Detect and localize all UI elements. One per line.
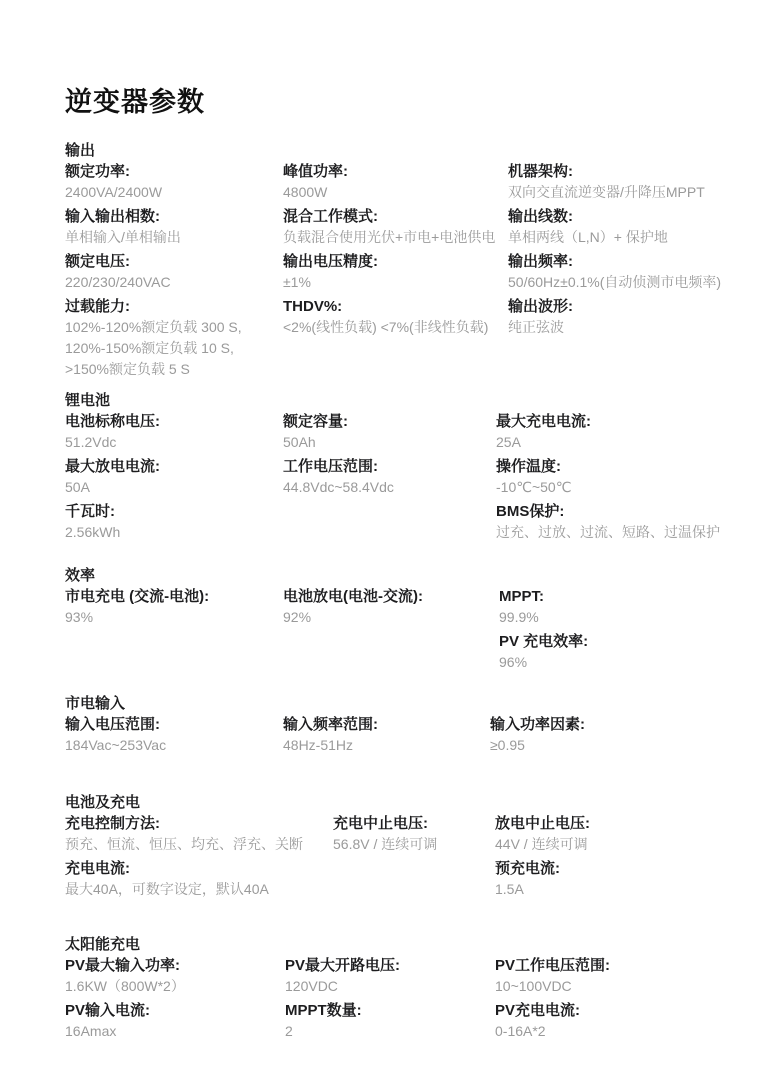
- spec-row: 额定电压:220/230/240VAC输出电压精度:±1%输出频率:50/60H…: [65, 251, 729, 293]
- spec-item: 操作温度:-10℃~50℃: [496, 456, 729, 498]
- spec-item: 预充电流:1.5A: [495, 858, 729, 900]
- spec-value: 120VDC: [285, 976, 495, 997]
- spec-label: 输入频率范围:: [283, 714, 490, 735]
- spec-item: MPPT数量:2: [285, 1000, 495, 1042]
- spec-value: 50Ah: [283, 432, 496, 453]
- spec-row: 市电充电 (交流-电池):93%电池放电(电池-交流):92%MPPT:99.9…: [65, 586, 729, 628]
- spec-item: PV充电电流:0-16A*2: [495, 1000, 729, 1042]
- spec-label: 输入电压范围:: [65, 714, 283, 735]
- section-efficiency: 效率市电充电 (交流-电池):93%电池放电(电池-交流):92%MPPT:99…: [65, 565, 729, 673]
- spec-item: 输入功率因素:≥0.95: [490, 714, 729, 756]
- section-title: 市电输入: [65, 693, 729, 714]
- spec-row: 输入电压范围:184Vac~253Vac输入频率范围:48Hz-51Hz输入功率…: [65, 714, 729, 756]
- spec-label: 输入功率因素:: [490, 714, 729, 735]
- spec-item: 额定容量:50Ah: [283, 411, 496, 453]
- spec-value: 50/60Hz±0.1%(自动侦测市电频率): [508, 272, 729, 293]
- spec-value: 最大40A，可数字设定，默认40A: [65, 879, 333, 900]
- spec-item: 千瓦时:2.56kWh: [65, 501, 283, 543]
- spec-value: 44V / 连续可调: [495, 834, 729, 855]
- spec-label: 峰值功率:: [283, 161, 508, 182]
- spec-item: PV 充电效率:96%: [499, 631, 729, 673]
- spec-item: 电池放电(电池-交流):92%: [283, 586, 499, 628]
- spec-item: 输入频率范围:48Hz-51Hz: [283, 714, 490, 756]
- spec-item: PV输入电流:16Amax: [65, 1000, 285, 1042]
- spec-label: 操作温度:: [496, 456, 729, 477]
- spec-value: 0-16A*2: [495, 1021, 729, 1042]
- spec-label: MPPT:: [499, 586, 729, 607]
- spec-value: 16Amax: [65, 1021, 285, 1042]
- spec-item: 输出电压精度:±1%: [283, 251, 508, 293]
- spec-label: 最大放电电流:: [65, 456, 283, 477]
- spec-value: 2400VA/2400W: [65, 182, 283, 203]
- spec-row: PV 充电效率:96%: [65, 631, 729, 673]
- spec-value: 25A: [496, 432, 729, 453]
- section-title: 电池及充电: [65, 792, 729, 813]
- spec-item: THDV%:<2%(线性负载) <7%(非线性负载): [283, 296, 508, 338]
- section-title: 效率: [65, 565, 729, 586]
- spec-item: 电池标称电压:51.2Vdc: [65, 411, 283, 453]
- section-title: 锂电池: [65, 390, 729, 411]
- spec-label: MPPT数量:: [285, 1000, 495, 1021]
- spec-value: 92%: [283, 607, 499, 628]
- spec-row: 过载能力:102%-120%额定负载 300 S, 120%-150%额定负载 …: [65, 296, 729, 380]
- spec-label: 额定电压:: [65, 251, 283, 272]
- spec-value: 102%-120%额定负载 300 S, 120%-150%额定负载 10 S,…: [65, 317, 283, 380]
- spec-label: THDV%:: [283, 296, 508, 317]
- spec-label: 电池标称电压:: [65, 411, 283, 432]
- spec-sheet-page: 逆变器参数 输出额定功率:2400VA/2400W峰值功率:4800W机器架构:…: [0, 0, 769, 1080]
- spec-label: PV充电电流:: [495, 1000, 729, 1021]
- spec-row: 充电控制方法:预充、恒流、恒压、均充、浮充、关断充电中止电压:56.8V / 连…: [65, 813, 729, 855]
- spec-sections: 输出额定功率:2400VA/2400W峰值功率:4800W机器架构:双向交直流逆…: [65, 140, 729, 1042]
- spec-row: 充电电流:最大40A，可数字设定，默认40A预充电流:1.5A: [65, 858, 729, 900]
- section-lithium-battery: 锂电池电池标称电压:51.2Vdc额定容量:50Ah最大充电电流:25A最大放电…: [65, 390, 729, 543]
- spec-item: 放电中止电压:44V / 连续可调: [495, 813, 729, 855]
- spec-item: 最大充电电流:25A: [496, 411, 729, 453]
- spec-label: PV最大开路电压:: [285, 955, 495, 976]
- section-grid-input: 市电输入输入电压范围:184Vac~253Vac输入频率范围:48Hz-51Hz…: [65, 693, 729, 756]
- section-output: 输出额定功率:2400VA/2400W峰值功率:4800W机器架构:双向交直流逆…: [65, 140, 729, 380]
- spec-item: 额定功率:2400VA/2400W: [65, 161, 283, 203]
- spec-value: ±1%: [283, 272, 508, 293]
- spec-item: MPPT:99.9%: [499, 586, 729, 628]
- spec-row: PV最大输入功率:1.6KW（800W*2）PV最大开路电压:120VDCPV工…: [65, 955, 729, 997]
- spec-item: 额定电压:220/230/240VAC: [65, 251, 283, 293]
- spec-item: 充电电流:最大40A，可数字设定，默认40A: [65, 858, 333, 900]
- spec-item: 输出频率:50/60Hz±0.1%(自动侦测市电频率): [508, 251, 729, 293]
- spec-value: -10℃~50℃: [496, 477, 729, 498]
- spec-item: PV最大开路电压:120VDC: [285, 955, 495, 997]
- spec-label: 额定功率:: [65, 161, 283, 182]
- spec-value: 单相两线（L,N）+ 保护地: [508, 227, 729, 248]
- spec-label: 千瓦时:: [65, 501, 283, 522]
- spec-value: 负载混合使用光伏+市电+电池供电: [283, 227, 508, 248]
- spec-value: 93%: [65, 607, 283, 628]
- spec-value: 1.5A: [495, 879, 729, 900]
- spec-label: 额定容量:: [283, 411, 496, 432]
- spec-item: 充电中止电压:56.8V / 连续可调: [333, 813, 495, 855]
- spec-label: 最大充电电流:: [496, 411, 729, 432]
- spec-label: 输入输出相数:: [65, 206, 283, 227]
- spec-label: 市电充电 (交流-电池):: [65, 586, 283, 607]
- spec-item: 输入输出相数:单相输入/单相输出: [65, 206, 283, 248]
- spec-value: 双向交直流逆变器/升降压MPPT: [508, 182, 729, 203]
- spec-value: 51.2Vdc: [65, 432, 283, 453]
- spec-row: 千瓦时:2.56kWhBMS保护:过充、过放、过流、短路、过温保护: [65, 501, 729, 543]
- spec-label: 充电中止电压:: [333, 813, 495, 834]
- spec-value: <2%(线性负载) <7%(非线性负载): [283, 317, 508, 338]
- spec-label: 电池放电(电池-交流):: [283, 586, 499, 607]
- spec-value: 44.8Vdc~58.4Vdc: [283, 477, 496, 498]
- spec-value: 10~100VDC: [495, 976, 729, 997]
- spec-value: 220/230/240VAC: [65, 272, 283, 293]
- spec-label: PV工作电压范围:: [495, 955, 729, 976]
- spec-value: 48Hz-51Hz: [283, 735, 490, 756]
- spec-value: 184Vac~253Vac: [65, 735, 283, 756]
- spec-label: 输出频率:: [508, 251, 729, 272]
- spec-value: ≥0.95: [490, 735, 729, 756]
- spec-item: PV最大输入功率:1.6KW（800W*2）: [65, 955, 285, 997]
- spec-value: 纯正弦波: [508, 317, 729, 338]
- page-title: 逆变器参数: [65, 85, 729, 119]
- spec-label: 输出电压精度:: [283, 251, 508, 272]
- spec-value: 过充、过放、过流、短路、过温保护: [496, 522, 729, 543]
- spec-label: PV 充电效率:: [499, 631, 729, 652]
- spec-item: 输入电压范围:184Vac~253Vac: [65, 714, 283, 756]
- spec-item: 过载能力:102%-120%额定负载 300 S, 120%-150%额定负载 …: [65, 296, 283, 380]
- section-title: 输出: [65, 140, 729, 161]
- spec-item: BMS保护:过充、过放、过流、短路、过温保护: [496, 501, 729, 543]
- spec-label: 输出线数:: [508, 206, 729, 227]
- spec-row: 输入输出相数:单相输入/单相输出混合工作模式:负载混合使用光伏+市电+电池供电输…: [65, 206, 729, 248]
- spec-label: 充电控制方法:: [65, 813, 333, 834]
- section-solar-charging: 太阳能充电PV最大输入功率:1.6KW（800W*2）PV最大开路电压:120V…: [65, 934, 729, 1042]
- spec-value: 4800W: [283, 182, 508, 203]
- spec-value: 96%: [499, 652, 729, 673]
- spec-item: 输出波形:纯正弦波: [508, 296, 729, 338]
- spec-item: 工作电压范围:44.8Vdc~58.4Vdc: [283, 456, 496, 498]
- spec-value: 2: [285, 1021, 495, 1042]
- spec-label: 充电电流:: [65, 858, 333, 879]
- spec-value: 50A: [65, 477, 283, 498]
- spec-value: 单相输入/单相输出: [65, 227, 283, 248]
- spec-label: PV最大输入功率:: [65, 955, 285, 976]
- section-title: 太阳能充电: [65, 934, 729, 955]
- spec-label: BMS保护:: [496, 501, 729, 522]
- spec-item: 混合工作模式:负载混合使用光伏+市电+电池供电: [283, 206, 508, 248]
- spec-item: 最大放电电流:50A: [65, 456, 283, 498]
- spec-item: 机器架构:双向交直流逆变器/升降压MPPT: [508, 161, 729, 203]
- spec-row: PV输入电流:16AmaxMPPT数量:2PV充电电流:0-16A*2: [65, 1000, 729, 1042]
- spec-item: 充电控制方法:预充、恒流、恒压、均充、浮充、关断: [65, 813, 333, 855]
- spec-row: 最大放电电流:50A工作电压范围:44.8Vdc~58.4Vdc操作温度:-10…: [65, 456, 729, 498]
- spec-item: 输出线数:单相两线（L,N）+ 保护地: [508, 206, 729, 248]
- spec-label: 工作电压范围:: [283, 456, 496, 477]
- spec-row: 电池标称电压:51.2Vdc额定容量:50Ah最大充电电流:25A: [65, 411, 729, 453]
- spec-value: 56.8V / 连续可调: [333, 834, 495, 855]
- section-battery-charging: 电池及充电充电控制方法:预充、恒流、恒压、均充、浮充、关断充电中止电压:56.8…: [65, 792, 729, 900]
- spec-row: 额定功率:2400VA/2400W峰值功率:4800W机器架构:双向交直流逆变器…: [65, 161, 729, 203]
- spec-value: 预充、恒流、恒压、均充、浮充、关断: [65, 834, 333, 855]
- spec-value: 99.9%: [499, 607, 729, 628]
- spec-label: 混合工作模式:: [283, 206, 508, 227]
- spec-value: 2.56kWh: [65, 522, 283, 543]
- spec-label: PV输入电流:: [65, 1000, 285, 1021]
- spec-label: 放电中止电压:: [495, 813, 729, 834]
- spec-item: PV工作电压范围:10~100VDC: [495, 955, 729, 997]
- spec-label: 预充电流:: [495, 858, 729, 879]
- spec-value: 1.6KW（800W*2）: [65, 976, 285, 997]
- spec-label: 机器架构:: [508, 161, 729, 182]
- spec-label: 输出波形:: [508, 296, 729, 317]
- spec-item: 市电充电 (交流-电池):93%: [65, 586, 283, 628]
- spec-item: 峰值功率:4800W: [283, 161, 508, 203]
- spec-label: 过载能力:: [65, 296, 283, 317]
